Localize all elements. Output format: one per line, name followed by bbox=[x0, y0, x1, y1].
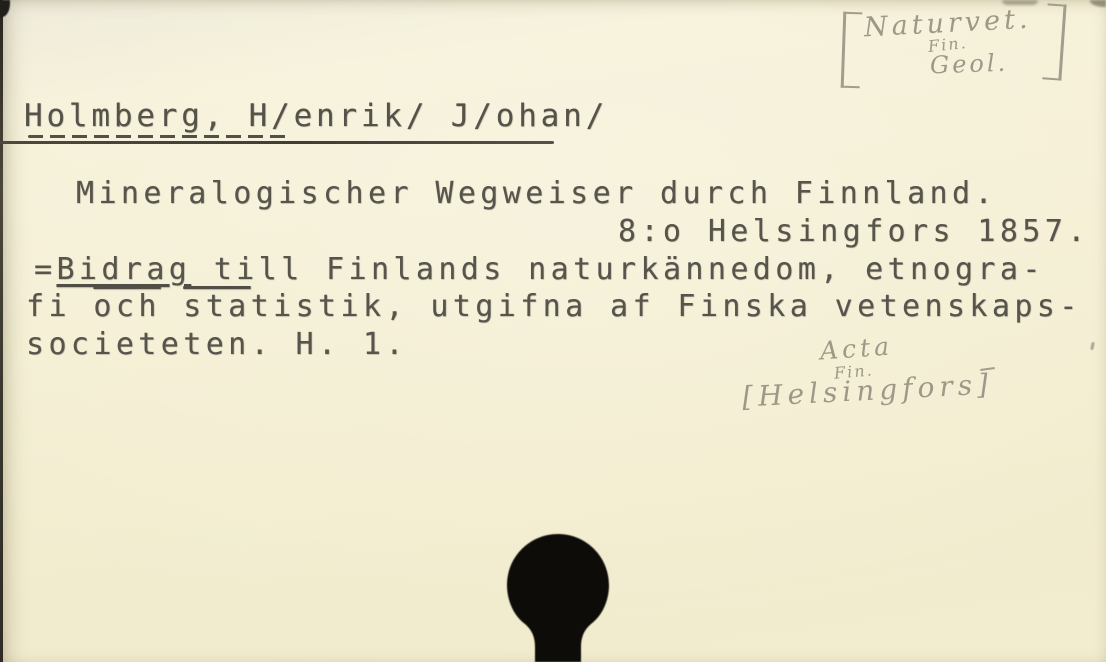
shelf-note: Acta Fin. [Helsingfors] bbox=[740, 332, 1040, 432]
heading-rule bbox=[0, 141, 554, 144]
right-bracket-mark bbox=[1042, 3, 1066, 80]
series-underlined-word: Bidrag bbox=[56, 252, 191, 287]
series-overlined-word-2: sta bbox=[183, 289, 250, 324]
series-line-2-rest: tistik, utgifna af Finska vetenskaps- bbox=[251, 289, 1082, 324]
classification-line-3: Geol. bbox=[930, 49, 1009, 80]
series-line-1-rest: till Finlands naturkännedom, etnogra- bbox=[191, 252, 1045, 287]
left-bracket-mark bbox=[841, 12, 863, 89]
series-line-1: =Bidrag till Finlands naturkännedom, etn… bbox=[34, 252, 1045, 288]
series-line-2-mid bbox=[161, 289, 183, 324]
shelf-note-line-1: Acta bbox=[819, 331, 894, 365]
catalog-card-scan: Naturvet. Fin. Geol. Holmberg, H/enrik/ … bbox=[0, 0, 1106, 662]
series-overlined-word-1: och bbox=[93, 289, 160, 324]
series-line-3: societeten. H. 1. bbox=[26, 327, 408, 363]
shelf-note-line-3: [Helsingfors] bbox=[741, 367, 993, 413]
main-entry-heading: Holmberg, H/enrik/ J/ohan/ bbox=[24, 98, 608, 134]
series-equals-sign: = bbox=[34, 252, 56, 287]
classification-note: Naturvet. Fin. Geol. bbox=[840, 2, 1068, 96]
series-line-2-pre: fi bbox=[26, 289, 93, 324]
heading-dashed-underline bbox=[28, 135, 292, 138]
title-line: Mineralogischer Wegweiser durch Finnland… bbox=[76, 176, 997, 212]
punch-hole bbox=[495, 530, 621, 662]
imprint-line: 8:o Helsingfors 1857. bbox=[618, 214, 1090, 250]
card-left-edge bbox=[0, 0, 3, 662]
series-line-2: fi och statistik, utgifna af Finska vete… bbox=[26, 289, 1082, 325]
